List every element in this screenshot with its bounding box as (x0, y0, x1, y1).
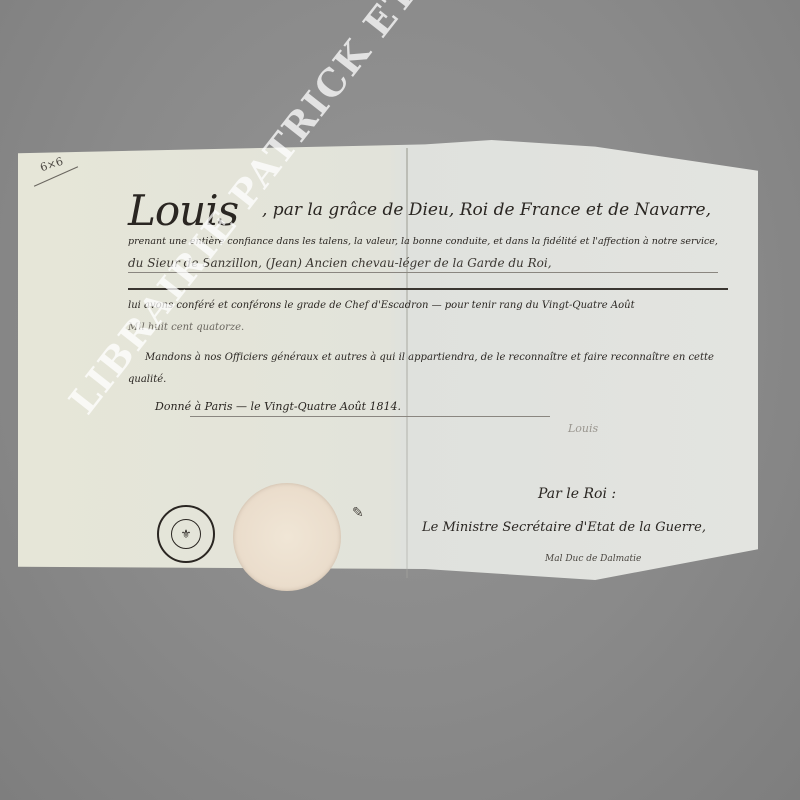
archive-stamp: ⚜ (157, 505, 215, 563)
grade-line: lui avons conféré et conférons le grade … (128, 300, 635, 311)
heading-title: , par la grâce de Dieu, Roi de France et… (262, 200, 711, 220)
order-line: Mandons à nos Officiers généraux et autr… (145, 352, 714, 363)
date-underline (190, 416, 550, 417)
given-at-line: Donné à Paris — le Vingt-Quatre Août 181… (155, 400, 401, 413)
quality-line: qualité. (128, 374, 166, 385)
minister-signature: Mal Duc de Dalmatie (545, 554, 641, 564)
royal-signature: Louis (568, 422, 598, 435)
section-divider (128, 288, 728, 290)
paper-seal (233, 483, 341, 591)
pen-mark-icon: ✎ (352, 505, 364, 521)
fleur-de-lis-icon: ⚜ (171, 519, 201, 549)
recipient-underline (128, 272, 718, 273)
par-le-roi: Par le Roi : (538, 486, 616, 502)
minister-title: Le Ministre Secrétaire d'Etat de la Guer… (422, 520, 706, 535)
